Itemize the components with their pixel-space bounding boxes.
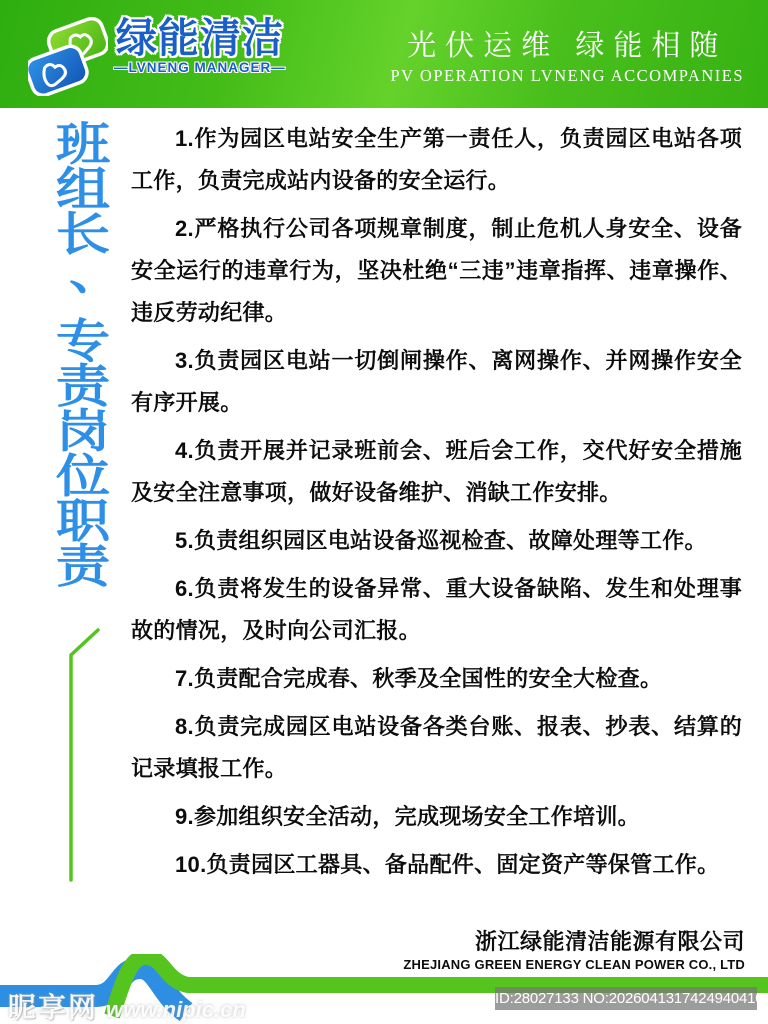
page-title-vertical: 班 组 长 、 专 责 岗 位 职 责 — [52, 122, 114, 589]
logo: 绿能清洁 —LVNENG MANAGER— — [28, 14, 286, 96]
duty-item-4: 4.负责开展并记录班前会、班后会工作，交代好安全措施及安全注意事项，做好设备维护… — [131, 430, 742, 514]
duty-item-3: 3.负责园区电站一切倒闸操作、离网操作、并网操作安全有序开展。 — [131, 340, 742, 424]
slogan-cn: 光伏运维 绿能相随 — [391, 30, 745, 62]
slogan-en: PV OPERATION LVNENG ACCOMPANIES — [391, 66, 745, 86]
title-char: 组 — [46, 167, 119, 212]
duty-item-1: 1.作为园区电站安全生产第一责任人，负责园区电站各项工作，负责完成站内设备的安全… — [131, 118, 742, 202]
brand-name-cn: 绿能清洁 — [114, 18, 286, 58]
duty-item-6: 6.负责将发生的设备异常、重大设备缺陷、发生和处理事故的情况，及时向公司汇报。 — [131, 568, 742, 652]
duty-item-5: 5.负责组织园区电站设备巡视检查、故障处理等工作。 — [131, 520, 742, 562]
duties-list: 1.作为园区电站安全生产第一责任人，负责园区电站各项工作，负责完成站内设备的安全… — [131, 118, 742, 892]
interlocked-cubes-logo-icon — [28, 14, 108, 96]
title-accent-line — [58, 624, 104, 886]
duty-item-8: 8.负责完成园区电站设备各类台账、报表、抄表、结算的记录填报工作。 — [131, 706, 742, 790]
company-name-cn: 浙江绿能清洁能源有限公司 — [403, 929, 745, 955]
header-slogan: 光伏运维 绿能相随 PV OPERATION LVNENG ACCOMPANIE… — [391, 30, 745, 86]
duty-item-9: 9.参加组织安全活动，完成现场安全工作培训。 — [131, 796, 742, 838]
title-char: 、 — [59, 251, 132, 296]
poster: 绿能清洁 —LVNENG MANAGER— 光伏运维 绿能相随 PV OPERA… — [0, 0, 768, 1024]
title-char: 责 — [46, 364, 119, 409]
duty-item-7: 7.负责配合完成春、秋季及全国性的安全大检查。 — [131, 658, 742, 700]
watermark-site-name: 昵享网 — [8, 986, 98, 1024]
header-band: 绿能清洁 —LVNENG MANAGER— 光伏运维 绿能相随 PV OPERA… — [0, 0, 768, 108]
title-char: 岗 — [46, 409, 119, 454]
duty-item-10: 10.负责园区工器具、备品配件、固定资产等保管工作。 — [131, 844, 742, 886]
title-char: 班 — [46, 122, 119, 167]
stock-id-badge: ID:28027133 NO:20260413174249404105 — [495, 987, 757, 1010]
watermark-site-url: www.nipic.cn — [106, 997, 246, 1023]
title-char: 责 — [46, 544, 119, 589]
title-char: 位 — [46, 454, 119, 499]
duty-item-2: 2.严格执行公司各项规章制度，制止危机人身安全、设备安全运行的违章行为，坚决杜绝… — [131, 208, 742, 334]
title-char: 专 — [46, 319, 119, 364]
title-char: 职 — [46, 499, 119, 544]
brand-text: 绿能清洁 —LVNENG MANAGER— — [114, 18, 286, 75]
brand-name-en: —LVNENG MANAGER— — [114, 60, 286, 75]
watermark: 昵享网 www.nipic.cn — [8, 986, 246, 1024]
